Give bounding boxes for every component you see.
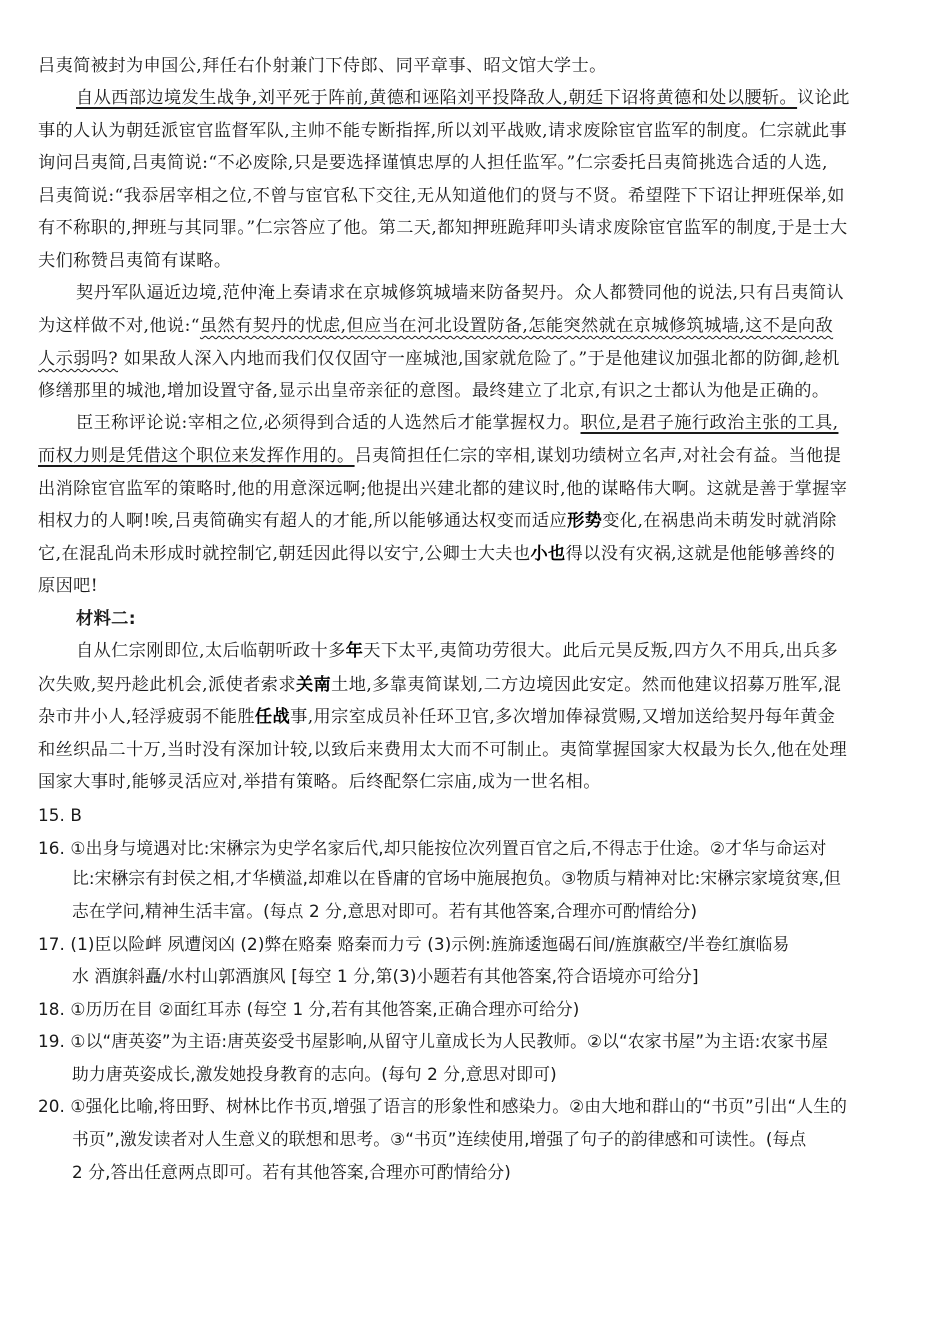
- text-line: 臣王称评论说:宰相之位,必须得到合适的人选然后才能掌握权力。职位,是君子施行政治…: [76, 412, 950, 434]
- answer-16-line: 16. ①出身与境遇对比:宋楙宗为史学名家后代,却只能按位次列置百官之后,不得志…: [38, 837, 913, 859]
- text-line: 杂市井小人,轻浮疲弱不能胜任战事,用宗室成员补任环卫官,多次增加俸禄赏赐,又增加…: [38, 706, 913, 728]
- text-fragment: 土地,多靠夷简谋划,二方边境因此安定。然而他建议招募万胜军,混: [331, 675, 841, 695]
- text-line: 人示弱吗? 如果敌人深入内地而我们仅仅固守一座城池,国家就危险了。”于是他建议加…: [38, 348, 913, 370]
- text-line: 出消除宦官监军的策略时,他的用意深远啊;他提出兴建北都的建议时,他的谋略伟大啊。…: [38, 478, 913, 500]
- answer-20-line: 书页”,激发读者对人生意义的联想和思考。③“书页”连续使用,增强了句子的韵律感和…: [72, 1128, 947, 1150]
- answer-15: 15. B: [38, 804, 913, 826]
- answer-17-line: 水 酒旗斜矗/水村山郭酒旗风 [每空 1 分,第(3)小题若有其他答案,符合语境…: [72, 965, 947, 987]
- text-fragment: 议论此: [797, 88, 850, 108]
- text-line: 事的人认为朝廷派宦官监督军队,主帅不能专断指挥,所以刘平战败,请求废除宦官监军的…: [38, 120, 913, 142]
- text-line: 为这样做不对,他说:“虽然有契丹的忧虑,但应当在河北设置防备,怎能突然就在京城修…: [38, 315, 913, 337]
- answer-16-line: 比:宋楙宗有封侯之相,才华横溢,却难以在昏庸的官场中施展抱负。③物质与精神对比:…: [72, 867, 947, 889]
- text-fragment: 事,用宗室成员补任环卫官,多次增加俸禄赏赐,又增加送给契丹每年黄金: [290, 707, 835, 727]
- answer-19-line: 19. ①以“唐英姿”为主语:唐英姿受书屋影响,从留守儿童成长为人民教师。②以“…: [38, 1030, 913, 1052]
- text-line: 询问吕夷简,吕夷简说:“不必废除,只是要选择谨慎忠厚的人担任监军。”仁宗委托吕夷…: [38, 152, 913, 174]
- wavy-underlined-sentence: 人示弱吗?: [38, 349, 118, 369]
- underlined-sentence: 职位,是君子施行政治主张的工具,: [581, 413, 839, 433]
- text-fragment: 天下太平,夷简功劳很大。此后元昊反叛,四方久不用兵,出兵多: [363, 641, 838, 661]
- text-fragment: 得以没有灾祸,这就是他能够善终的: [566, 544, 836, 564]
- smudged-text: 任战: [255, 706, 290, 728]
- text-fragment: 杂市井小人,轻浮疲弱不能胜: [38, 707, 255, 727]
- text-line: 吕夷简说:“我忝居宰相之位,不曾与宦官私下交往,无从知道他们的贤与不贤。希望陛下…: [38, 185, 913, 207]
- text-line: 它,在混乱尚未形成时就控制它,朝廷因此得以安宁,公卿士大夫也小也得以没有灾祸,这…: [38, 543, 913, 565]
- text-line: 自从仁宗刚即位,太后临朝听政十多年天下太平,夷简功劳很大。此后元昊反叛,四方久不…: [76, 640, 950, 662]
- section-heading: 材料二:: [76, 608, 950, 630]
- text-line: 相权力的人啊!唉,吕夷简确实有超人的才能,所以能够通达权变而适应形势变化,在祸患…: [38, 510, 913, 532]
- text-fragment: 自从仁宗刚即位,太后临朝听政十多: [76, 641, 346, 661]
- answer-16-line: 志在学问,精神生活丰富。(每点 2 分,意思对即可。若有其他答案,合理亦可酌情给…: [72, 900, 947, 922]
- text-line: 吕夷简被封为申国公,拜任右仆射兼门下侍郎、同平章事、昭文馆大学士。: [38, 55, 913, 77]
- text-line: 次失败,契丹趁此机会,派使者索求关南土地,多靠夷简谋划,二方边境因此安定。然而他…: [38, 674, 913, 696]
- text-line: 而权力则是凭借这个职位来发挥作用的。吕夷简担任仁宗的宰相,谋划功绩树立名声,对社…: [38, 445, 913, 467]
- answer-20-line: 2 分,答出任意两点即可。若有其他答案,合理亦可酌情给分): [72, 1161, 947, 1183]
- underlined-sentence: 而权力则是凭借这个职位来发挥作用的。: [38, 446, 355, 466]
- text-fragment: 为这样做不对,他说:“: [38, 316, 200, 336]
- answer-19-line: 助力唐英姿成长,激发她投身教育的志向。(每句 2 分,意思对即可): [72, 1063, 947, 1085]
- text-line: 国家大事时,能够灵活应对,举措有策略。后终配祭仁宗庙,成为一世名相。: [38, 771, 913, 793]
- wavy-underlined-sentence: 虽然有契丹的忧虑,但应当在河北设置防备,怎能突然就在京城修筑城墙,这不是向敌: [200, 316, 833, 336]
- text-fragment: 如果敌人深入内地而我们仅仅固守一座城池,国家就危险了。”于是他建议加强北都的防御…: [124, 349, 840, 369]
- text-line: 自从西部边境发生战争,刘平死于阵前,黄德和诬陷刘平投降敌人,朝廷下诏将黄德和处以…: [76, 87, 950, 109]
- smudged-text: 小也: [530, 543, 565, 565]
- text-line: 修缮那里的城池,增加设置守备,显示出皇帝亲征的意图。最终建立了北京,有识之士都认…: [38, 380, 913, 402]
- text-fragment: 相权力的人啊!唉,吕夷简确实有超人的才能,所以能够通达权变而适应: [38, 511, 567, 531]
- text-line: 有不称职的,押班与其同罪。”仁宗答应了他。第二天,都知押班跪拜叩头请求废除宦官监…: [38, 217, 913, 239]
- answer-18: 18. ①历历在目 ②面红耳赤 (每空 1 分,若有其他答案,正确合理亦可给分): [38, 998, 913, 1020]
- answer-20-line: 20. ①强化比喻,将田野、树林比作书页,增强了语言的形象性和感染力。②由大地和…: [38, 1095, 913, 1117]
- text-line: 和丝织品二十万,当时没有深加计较,以致后来费用太大而不可制止。夷简掌握国家大权最…: [38, 739, 913, 761]
- text-fragment: 次失败,契丹趁此机会,派使者索求: [38, 675, 296, 695]
- smudged-text: 形势: [567, 510, 602, 532]
- text-fragment: 臣王称评论说:宰相之位,必须得到合适的人选然后才能掌握权力。: [76, 413, 581, 433]
- underlined-sentence: 自从西部边境发生战争,刘平死于阵前,黄德和诬陷刘平投降敌人,朝廷下诏将黄德和处以…: [76, 88, 797, 108]
- text-line: 夫们称赞吕夷简有谋略。: [38, 250, 913, 272]
- smudged-text: 年: [346, 640, 364, 662]
- text-line: 原因吧!: [38, 575, 913, 597]
- answer-17-line: 17. (1)臣以险衅 夙遭闵凶 (2)弊在赂秦 赂秦而力亏 (3)示例:旌旆逶…: [38, 933, 913, 955]
- smudged-text: 关南: [296, 674, 331, 696]
- text-line: 契丹军队逼近边境,范仲淹上奏请求在京城修筑城墙来防备契丹。众人都赞同他的说法,只…: [76, 282, 950, 304]
- text-fragment: 吕夷简担任仁宗的宰相,谋划功绩树立名声,对社会有益。当他提: [355, 446, 842, 466]
- text-fragment: 它,在混乱尚未形成时就控制它,朝廷因此得以安宁,公卿士大夫也: [38, 544, 530, 564]
- text-fragment: 变化,在祸患尚未萌发时就消除: [602, 511, 837, 531]
